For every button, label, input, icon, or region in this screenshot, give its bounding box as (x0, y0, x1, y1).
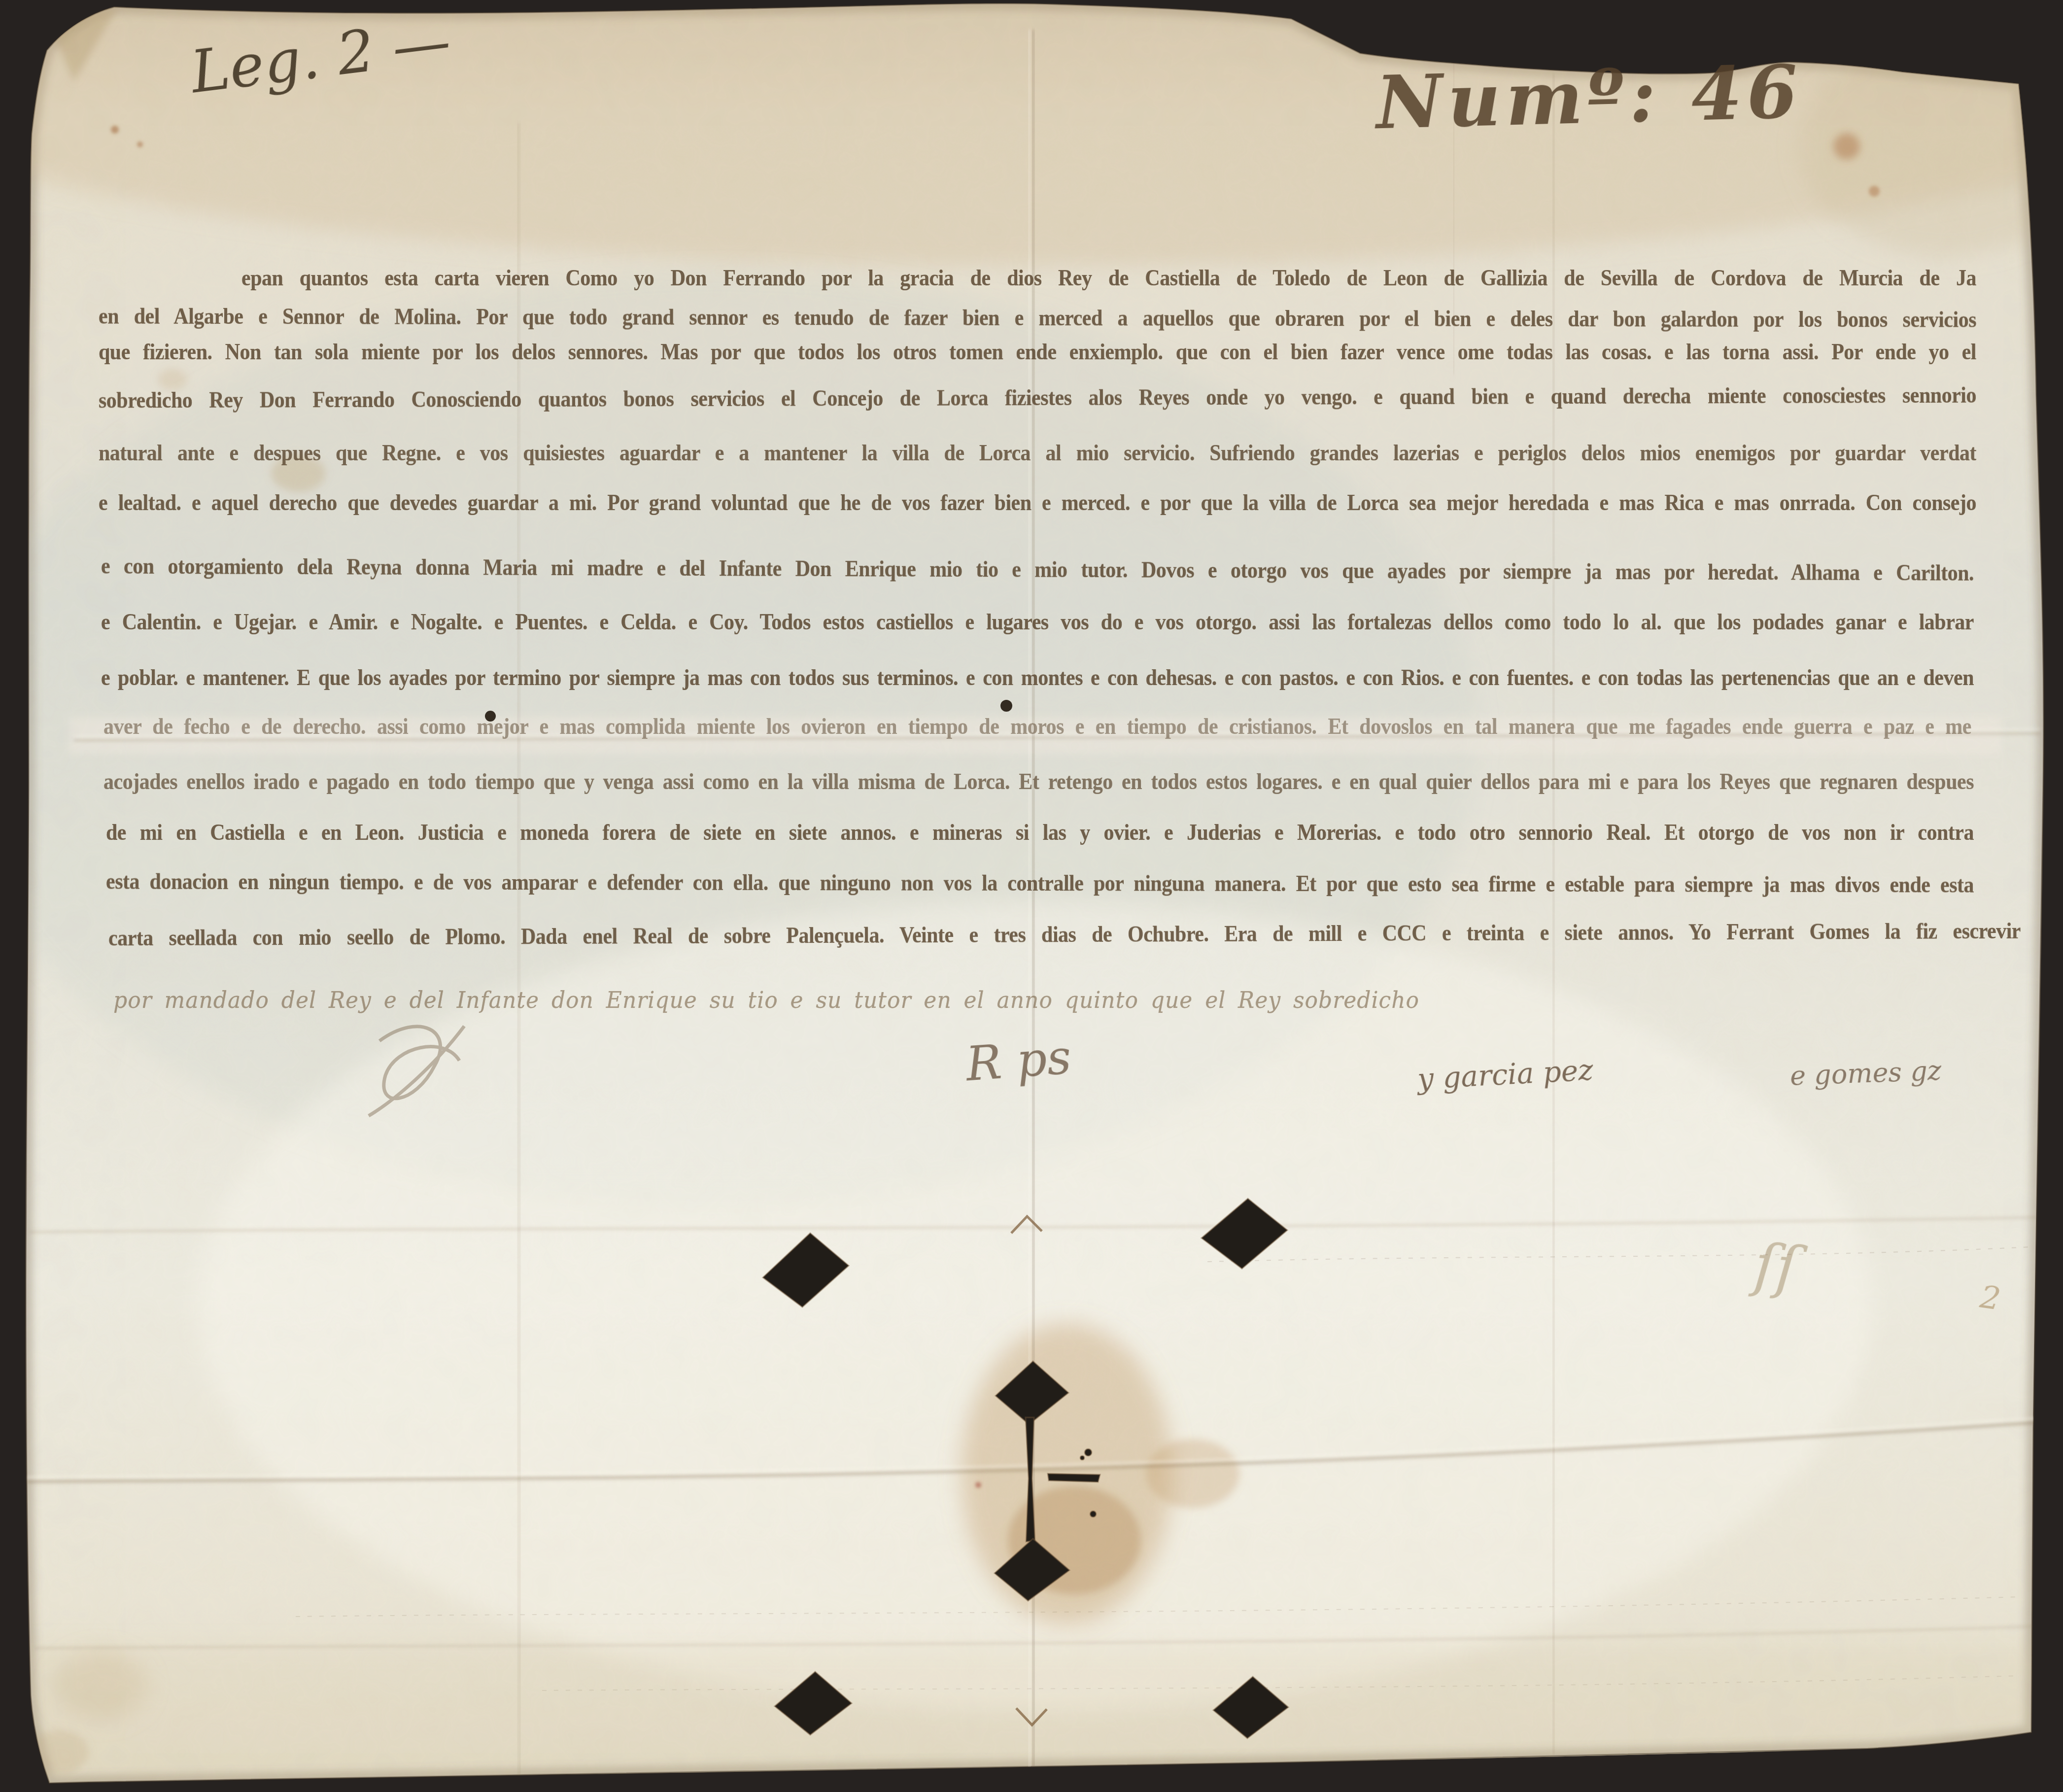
manuscript-line: carta seellada con mio seello de Plomo. … (108, 916, 2021, 957)
legajo-mark: Leg. 2 — (187, 7, 454, 106)
photographed-parchment-charter: Leg. 2 — Numº: 46 epan quantos esta cart… (0, 0, 2063, 1792)
chancery-signature: R ps (964, 1030, 1073, 1092)
chancery-signature: y garcia pez (1416, 1053, 1594, 1096)
manuscript-line: de mi en Castiella e en Leon. Justicia e… (106, 817, 1974, 851)
manuscript-line: epan quantos esta carta vieren Como yo D… (241, 262, 1976, 296)
manuscript-line-scribe: por mandado del Rey e del Infante don En… (113, 984, 1419, 1018)
manuscript-line: esta donacion en ningun tiempo. e de vos… (106, 866, 1974, 903)
manuscript-line: sobredicho Rey Don Ferrando Conosciendo … (99, 380, 1976, 419)
manuscript-line: acojades enellos irado e pagado en todo … (103, 766, 1974, 800)
marginal-ss-mark: ſſ (1752, 1230, 1800, 1302)
manuscript-line: e con otorgamiento dela Reyna donna Mari… (101, 551, 1974, 591)
text-overlay: Leg. 2 — Numº: 46 epan quantos esta cart… (0, 0, 2063, 1792)
chancery-signature: e gomes gz (1789, 1055, 1942, 1092)
marginal-numeral-mark: 2 (1978, 1279, 2003, 1318)
manuscript-line: e Calentin. e Ugejar. e Amir. e Nogalte.… (101, 606, 1974, 640)
manuscript-line: que fizieren. Non tan sola miente por lo… (99, 336, 1976, 370)
manuscript-line: aver de fecho e de derecho. assi como me… (103, 711, 1971, 745)
manuscript-line: e lealtad. e aquel derecho que devedes g… (99, 487, 1976, 521)
manuscript-line: natural ante e despues que Regne. e vos … (99, 437, 1976, 471)
manuscript-line: en del Algarbe e Sennor de Molina. Por q… (99, 301, 1976, 338)
numero-mark: Numº: 46 (1375, 49, 1804, 146)
manuscript-line: e poblar. e mantener. E que los ayades p… (101, 662, 1974, 696)
